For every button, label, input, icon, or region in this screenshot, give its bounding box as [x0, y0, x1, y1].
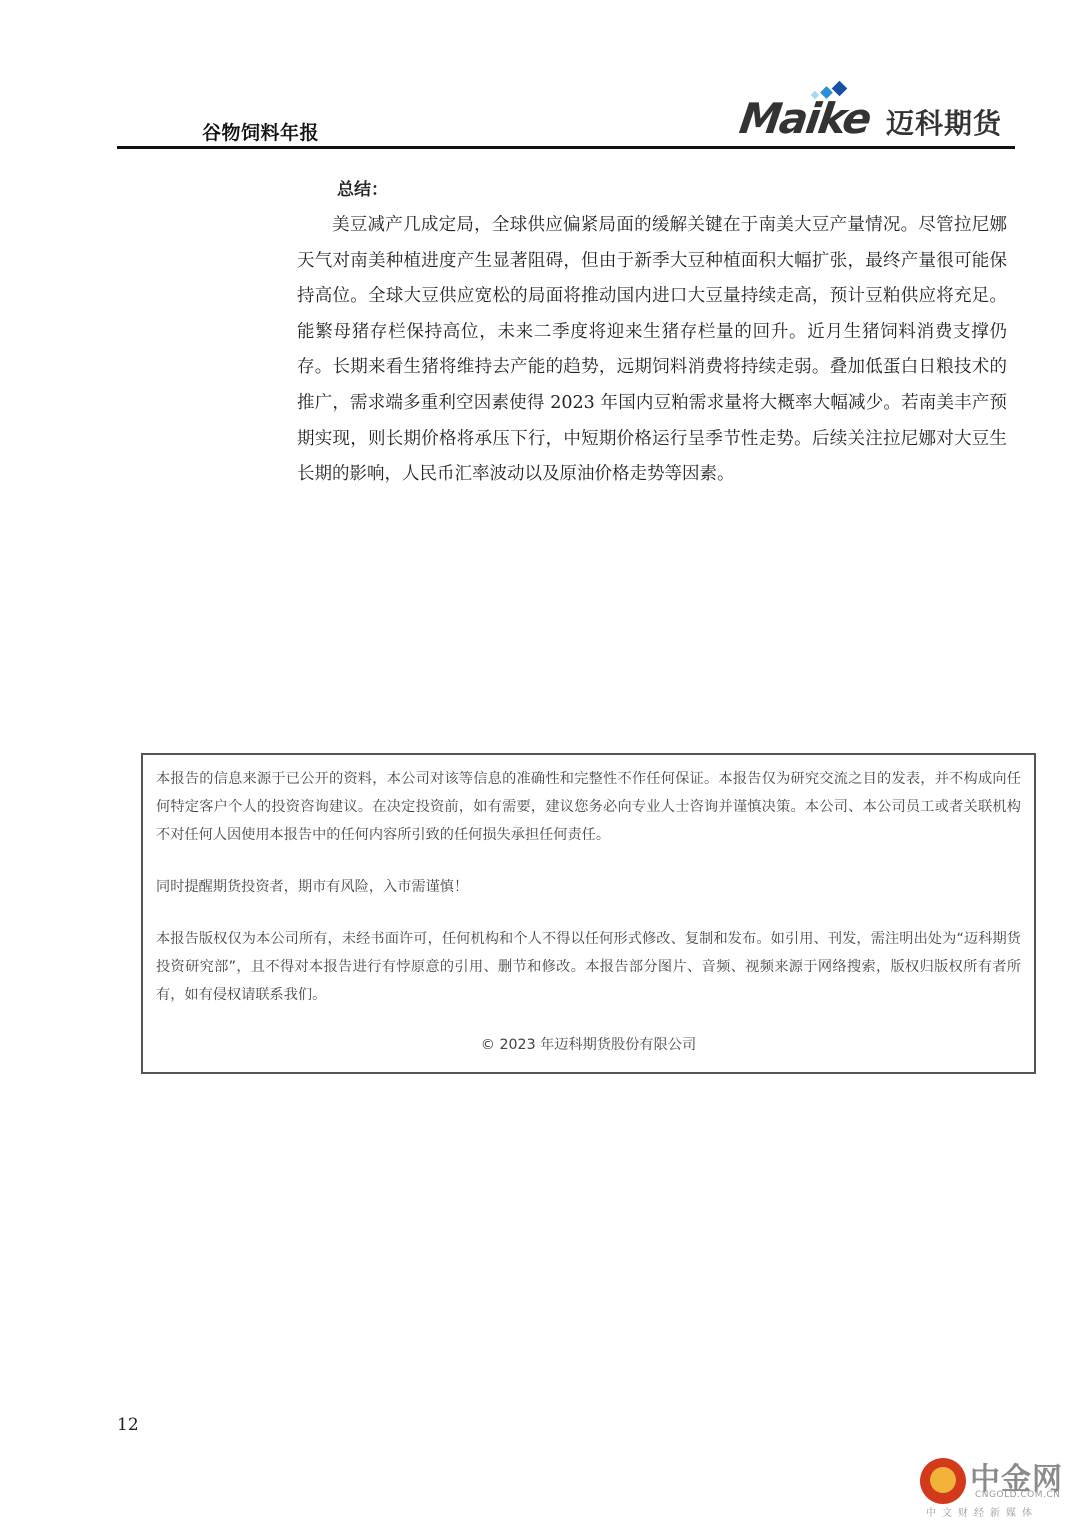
disclaimer-box: 本报告的信息来源于已公开的资料，本公司对该等信息的准确性和完整性不作任何保证。本… — [141, 753, 1036, 1074]
disclaimer-copyright-paragraph: 本报告版权仅为本公司所有，未经书面许可，任何机构和个人不得以任何形式修改、复制和… — [156, 925, 1021, 1009]
watermark-domain: CNGOLD.COM.CN — [975, 1490, 1060, 1500]
cngold-swirl-icon — [930, 1467, 956, 1493]
disclaimer-risk-warning: 同时提醒期货投资者，期市有风险，入市需谨慎！ — [156, 873, 1021, 901]
page-number: 12 — [117, 1415, 139, 1435]
summary-section: 总结： 美豆减产几成定局，全球供应偏紧局面的缓解关键在于南美大豆产量情况。尽管拉… — [297, 176, 1007, 493]
summary-paragraph: 美豆减产几成定局，全球供应偏紧局面的缓解关键在于南美大豆产量情况。尽管拉尼娜天气… — [297, 208, 1007, 493]
watermark-tagline: 中文财经新媒体 — [926, 1504, 1038, 1519]
maike-logo: Maike 迈科期货 — [740, 82, 1015, 138]
report-title: 谷物饲料年报 — [202, 118, 319, 145]
cngold-watermark: 中金网 CNGOLD.COM.CN 中文财经新媒体 — [920, 1450, 1070, 1520]
logo-word: Maike — [737, 94, 873, 143]
header-divider — [117, 146, 1015, 149]
logo-company-name: 迈科期货 — [886, 102, 1002, 142]
copyright-line: © 2023 年迈科期货股份有限公司 — [156, 1031, 1021, 1059]
disclaimer-paragraph-1: 本报告的信息来源于已公开的资料，本公司对该等信息的准确性和完整性不作任何保证。本… — [156, 765, 1021, 849]
summary-heading: 总结： — [337, 176, 1007, 204]
